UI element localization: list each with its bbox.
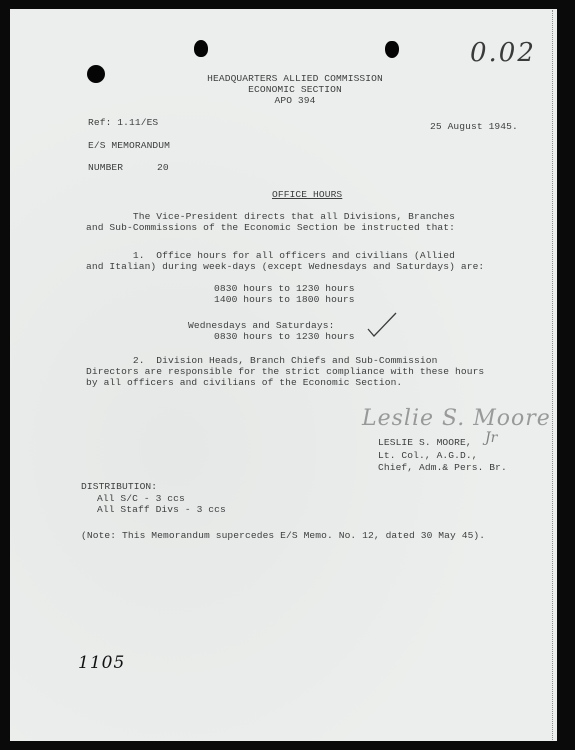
- header-line-2: ECONOMIC SECTION: [180, 84, 410, 95]
- signatory-rank: Lt. Col., A.G.D.,: [378, 450, 478, 461]
- document-title: OFFICE HOURS: [272, 189, 342, 200]
- number-label: NUMBER: [88, 162, 123, 173]
- intro-line-1: The Vice-President directs that all Divi…: [86, 211, 455, 222]
- handwritten-annotation: 0.02: [470, 38, 536, 68]
- reference: Ref: 1.11/ES: [88, 117, 158, 128]
- para2-line-2: Directors are responsible for the strict…: [86, 366, 484, 377]
- distribution-item: All S/C - 3 ccs: [97, 493, 185, 504]
- weekday-hours-2: 1400 hours to 1800 hours: [214, 294, 355, 305]
- weekday-hours-1: 0830 hours to 1230 hours: [214, 283, 355, 294]
- checkmark-icon: [366, 311, 398, 339]
- para1-line-2: and Italian) during week-days (except We…: [86, 261, 484, 272]
- para2-line-3: by all officers and civilians of the Eco…: [86, 377, 402, 388]
- handwritten-page-number: 1105: [78, 653, 125, 673]
- wed-sat-hours: 0830 hours to 1230 hours: [214, 331, 355, 342]
- signatory-suffix: Jr: [485, 430, 497, 446]
- header-line-3: APO 394: [180, 95, 410, 106]
- para2-line-1: 2. Division Heads, Branch Chiefs and Sub…: [86, 355, 437, 366]
- distribution-label: DISTRIBUTION:: [81, 481, 157, 492]
- page-edge: [552, 10, 555, 740]
- signatory-title: Chief, Adm.& Pers. Br.: [378, 462, 507, 473]
- distribution-item: All Staff Divs - 3 ccs: [97, 504, 226, 515]
- punch-hole-top-right: [385, 41, 399, 58]
- handwritten-signature: Leslie S. Moore: [362, 406, 551, 431]
- signatory-name: LESLIE S. MOORE,: [378, 437, 472, 448]
- number-value: 20: [157, 162, 169, 173]
- wed-sat-label: Wednesdays and Saturdays:: [188, 320, 334, 331]
- date: 25 August 1945.: [430, 121, 518, 132]
- intro-line-2: and Sub-Commissions of the Economic Sect…: [86, 222, 455, 233]
- punch-hole-top-center: [194, 40, 208, 57]
- para1-line-1: 1. Office hours for all officers and civ…: [86, 250, 455, 261]
- supersede-note: (Note: This Memorandum supercedes E/S Me…: [81, 530, 485, 541]
- header-line-1: HEADQUARTERS ALLIED COMMISSION: [180, 73, 410, 84]
- memo-label: E/S MEMORANDUM: [88, 140, 170, 151]
- punch-hole-left: [87, 65, 105, 83]
